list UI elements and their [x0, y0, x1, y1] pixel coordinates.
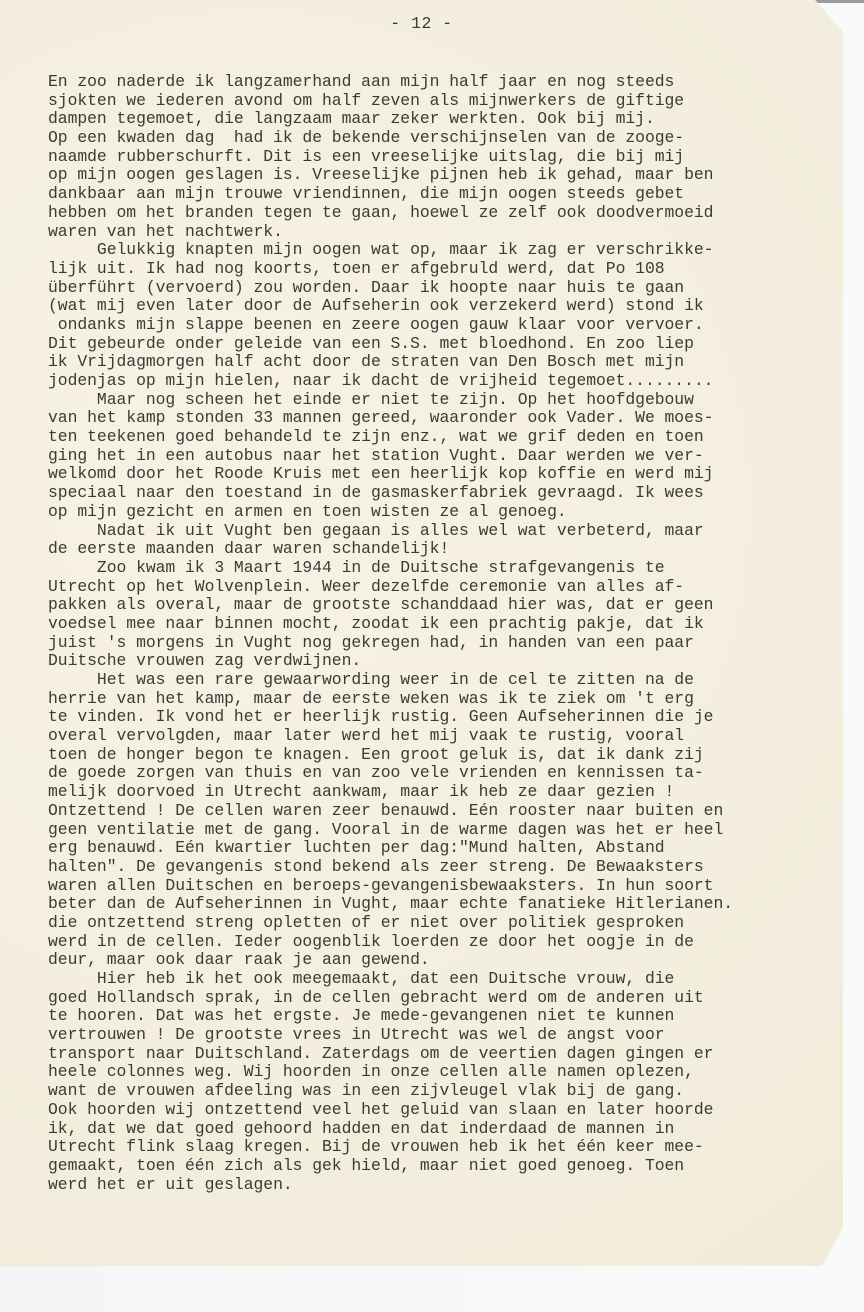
text-line: Ook hoorden wij ontzettend veel het gelu…: [48, 1101, 838, 1120]
text-line: werd het er uit geslagen.: [48, 1176, 838, 1195]
text-line: halten". De gevangenis stond bekend als …: [48, 858, 838, 877]
text-line: Het was een rare gewaarwording weer in d…: [48, 671, 838, 690]
text-line: ten teekenen goed behandeld te zijn enz.…: [48, 428, 838, 447]
text-line: Ontzettend ! De cellen waren zeer benauw…: [48, 802, 838, 821]
text-line: te vinden. Ik vond het er heerlijk rusti…: [48, 708, 838, 727]
text-line: transport naar Duitschland. Zaterdags om…: [48, 1045, 838, 1064]
text-line: voedsel mee naar binnen mocht, zoodat ik…: [48, 615, 838, 634]
typewritten-page: - 12 - En zoo naderde ik langzamerhand a…: [0, 0, 843, 1266]
text-line: op mijn oogen geslagen is. Vreeselijke p…: [48, 166, 838, 185]
text-line: (wat mij even later door de Aufseherin o…: [48, 297, 838, 316]
text-line: want de vrouwen afdeeling was in een zij…: [48, 1082, 838, 1101]
text-line: Gelukkig knapten mijn oogen wat op, maar…: [48, 241, 838, 260]
text-line: jodenjas op mijn hielen, naar ik dacht d…: [48, 372, 838, 391]
text-line: Dit gebeurde onder geleide van een S.S. …: [48, 335, 838, 354]
text-line: waren allen Duitschen en beroeps-gevange…: [48, 877, 838, 896]
text-line: erg benauwd. Eén kwartier luchten per da…: [48, 839, 838, 858]
text-line: vertrouwen ! De grootste vrees in Utrech…: [48, 1026, 838, 1045]
text-line: welkomd door het Roode Kruis met een hee…: [48, 465, 838, 484]
text-line: melijk doorvoed in Utrecht aankwam, maar…: [48, 783, 838, 802]
text-line: heele colonnes weg. Wij hoorden in onze …: [48, 1063, 838, 1082]
text-line: ging het in een autobus naar het station…: [48, 447, 838, 466]
text-line: ondanks mijn slappe beenen en zeere ooge…: [48, 316, 838, 335]
text-line: overal vervolgden, maar later werd het m…: [48, 727, 838, 746]
text-line: van het kamp stonden 33 mannen gereed, w…: [48, 409, 838, 428]
text-line: goed Hollandsch sprak, in de cellen gebr…: [48, 989, 838, 1008]
text-line: hebben om het branden tegen te gaan, hoe…: [48, 204, 838, 223]
text-line: die ontzettend streng opletten of er nie…: [48, 914, 838, 933]
text-line: Zoo kwam ik 3 Maart 1944 in de Duitsche …: [48, 559, 838, 578]
text-line: sjokten we iederen avond om half zeven a…: [48, 92, 838, 111]
text-line: ik Vrijdagmorgen half acht door de strat…: [48, 353, 838, 372]
text-line: te hooren. Dat was het ergste. Je mede-g…: [48, 1007, 838, 1026]
text-line: op mijn gezicht en armen en toen wisten …: [48, 503, 838, 522]
text-line: Nadat ik uit Vught ben gegaan is alles w…: [48, 522, 838, 541]
text-line: beter dan de Aufseherinnen in Vught, maa…: [48, 895, 838, 914]
text-line: naamde rubberschurft. Dit is een vreesel…: [48, 148, 838, 167]
text-line: En zoo naderde ik langzamerhand aan mijn…: [48, 73, 838, 92]
text-line: Duitsche vrouwen zag verdwijnen.: [48, 652, 838, 671]
text-line: herrie van het kamp, maar de eerste weke…: [48, 690, 838, 709]
text-line: pakken als overal, maar de grootste scha…: [48, 596, 838, 615]
text-line: deur, maar ook daar raak je aan gewend.: [48, 951, 838, 970]
text-line: Maar nog scheen het einde er niet te zij…: [48, 391, 838, 410]
text-line: de goede zorgen van thuis en van zoo vel…: [48, 764, 838, 783]
text-line: ik, dat we dat goed gehoord hadden en da…: [48, 1120, 838, 1139]
text-line: dankbaar aan mijn trouwe vriendinnen, di…: [48, 185, 838, 204]
text-line: gemaakt, toen één zich als gek hield, ma…: [48, 1157, 838, 1176]
text-line: toen de honger begon te knagen. Een groo…: [48, 746, 838, 765]
text-line: waren van het nachtwerk.: [48, 223, 838, 242]
text-line: Op een kwaden dag had ik de bekende vers…: [48, 129, 838, 148]
text-line: Hier heb ik het ook meegemaakt, dat een …: [48, 970, 838, 989]
page-number: - 12 -: [0, 14, 843, 33]
text-line: speciaal naar den toestand in de gasmask…: [48, 484, 838, 503]
text-line: werd in de cellen. Ieder oogenblik loerd…: [48, 933, 838, 952]
text-line: lijk uit. Ik had nog koorts, toen er afg…: [48, 260, 838, 279]
text-line: Utrecht op het Wolvenplein. Weer dezelfd…: [48, 578, 838, 597]
text-line: geen ventilatie met de gang. Vooral in d…: [48, 821, 838, 840]
text-line: dampen tegemoet, die langzaam maar zeker…: [48, 110, 838, 129]
body-text: En zoo naderde ik langzamerhand aan mijn…: [48, 73, 838, 1194]
text-line: überführt (vervoerd) zou worden. Daar ik…: [48, 279, 838, 298]
text-line: Utrecht flink slaag kregen. Bij de vrouw…: [48, 1138, 838, 1157]
text-line: de eerste maanden daar waren schandelijk…: [48, 540, 838, 559]
text-line: juist 's morgens in Vught nog gekregen h…: [48, 634, 838, 653]
